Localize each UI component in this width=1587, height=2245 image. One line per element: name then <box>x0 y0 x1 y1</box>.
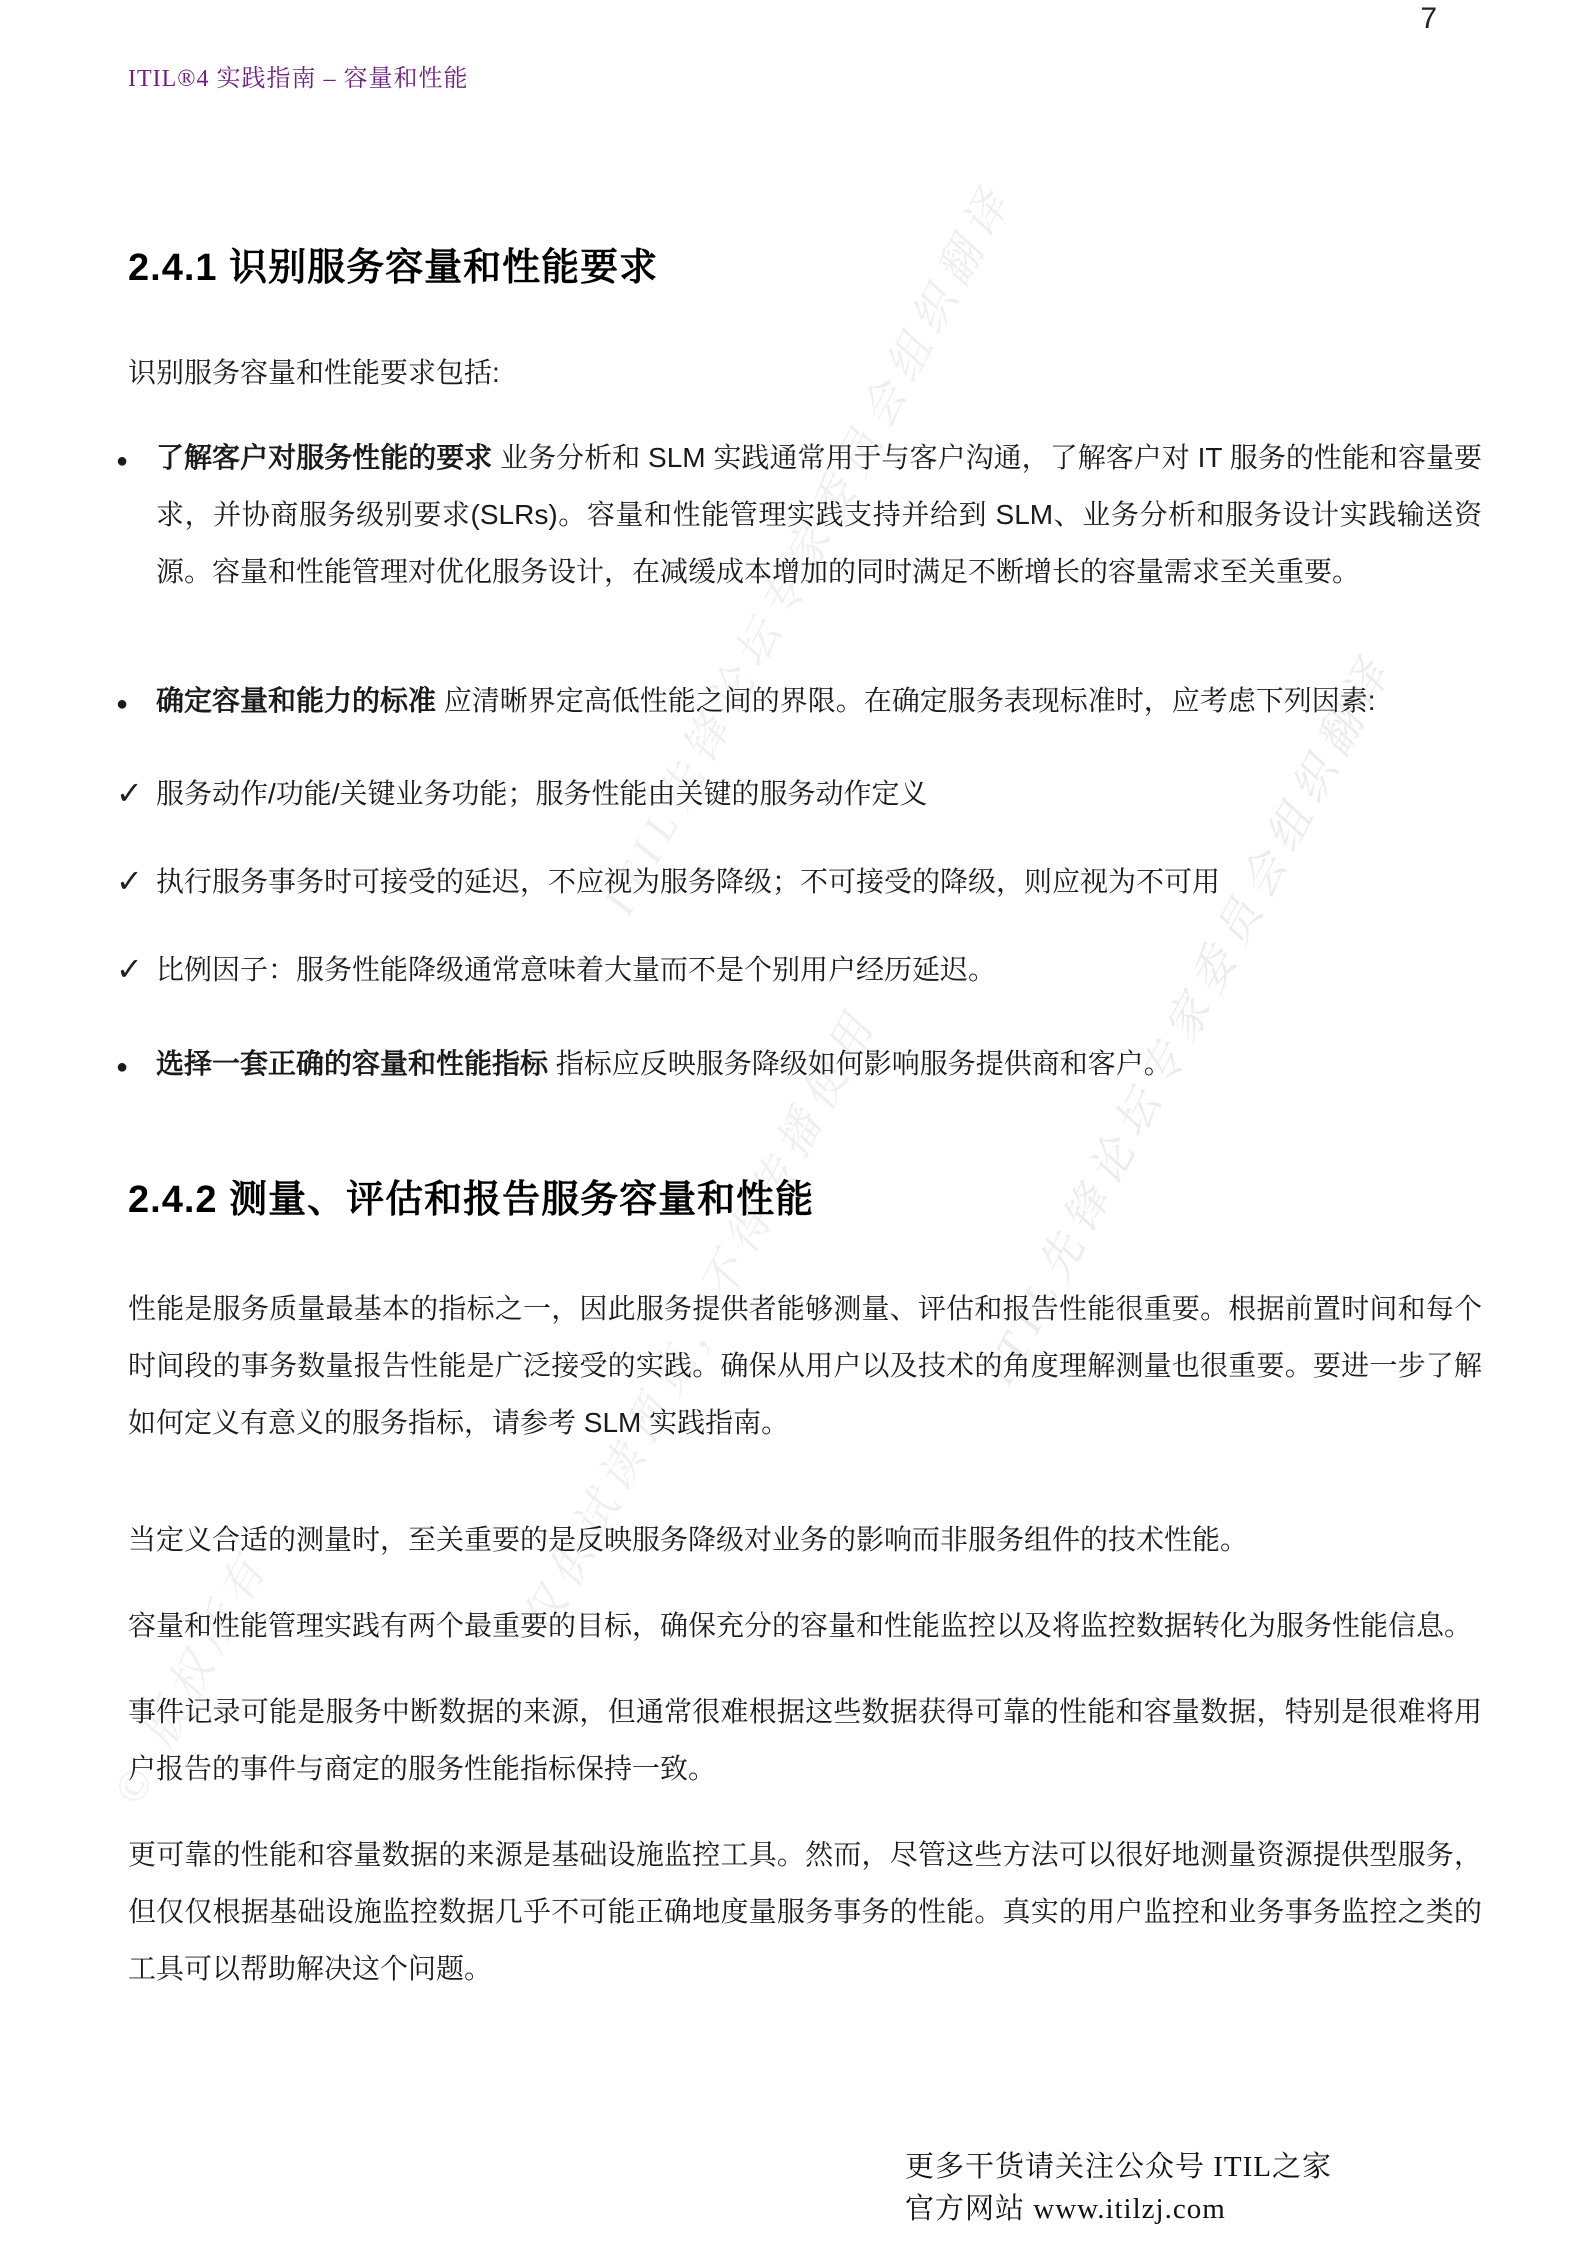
footer: 更多干货请关注公众号 ITIL之家 官方网站 www.itilzj.com <box>905 2146 1332 2230</box>
check-text: 比例因子：服务性能降级通常意味着大量而不是个别用户经历延迟。 <box>156 941 1482 999</box>
checklist-item: ✓ 服务动作/功能/关键业务功能；服务性能由关键的服务动作定义 <box>128 765 1482 823</box>
check-icon: ✓ <box>116 774 143 812</box>
bullet-text: 了解客户对服务性能的要求 业务分析和 SLM 实践通常用于与客户沟通，了解客户对… <box>156 429 1482 600</box>
bullet-icon: ● <box>116 450 128 472</box>
document-page: ITIL先锋论坛专家委员会组织翻译 ITIL先锋论坛专家委员会组织翻译 仅供试读… <box>0 0 1587 2245</box>
check-icon: ✓ <box>116 862 143 900</box>
footer-line-2: 官方网站 www.itilzj.com <box>905 2188 1332 2230</box>
bullet-item: ● 确定容量和能力的标准 应清晰界定高低性能之间的界限。在确定服务表现标准时，应… <box>128 672 1482 733</box>
check-text: 执行服务事务时可接受的延迟，不应视为服务降级；不可接受的降级，则应视为不可用 <box>156 853 1482 911</box>
footer-line-1: 更多干货请关注公众号 ITIL之家 <box>905 2146 1332 2188</box>
bullet-text: 选择一套正确的容量和性能指标 指标应反映服务降级如何影响服务提供商和客户。 <box>156 1035 1482 1096</box>
check-icon: ✓ <box>116 950 143 988</box>
checklist-item: ✓ 执行服务事务时可接受的延迟，不应视为服务降级；不可接受的降级，则应视为不可用 <box>128 853 1482 911</box>
document-header: ITIL®4 实践指南 – 容量和性能 <box>128 64 1482 94</box>
bullet-item: ● 选择一套正确的容量和性能指标 指标应反映服务降级如何影响服务提供商和客户。 <box>128 1035 1482 1096</box>
intro-line: 识别服务容量和性能要求包括: <box>128 344 1482 401</box>
bullet-lead: 选择一套正确的容量和性能指标 <box>156 1048 548 1079</box>
section-heading-2-4-1: 2.4.1 识别服务容量和性能要求 <box>128 244 1482 292</box>
bullet-icon: ● <box>116 693 128 715</box>
paragraph: 当定义合适的测量时，至关重要的是反映服务降级对业务的影响而非服务组件的技术性能。 <box>128 1511 1482 1568</box>
page-content: ITIL®4 实践指南 – 容量和性能 2.4.1 识别服务容量和性能要求 识别… <box>128 0 1482 2025</box>
bullet-item: ● 了解客户对服务性能的要求 业务分析和 SLM 实践通常用于与客户沟通，了解客… <box>128 429 1482 600</box>
bullet-body: 指标应反映服务降级如何影响服务提供商和客户。 <box>556 1048 1172 1079</box>
bullet-lead: 了解客户对服务性能的要求 <box>156 442 492 473</box>
bullet-body: 应清晰界定高低性能之间的界限。在确定服务表现标准时，应考虑下列因素: <box>444 685 1376 716</box>
bullet-text: 确定容量和能力的标准 应清晰界定高低性能之间的界限。在确定服务表现标准时，应考虑… <box>156 672 1482 733</box>
check-text: 服务动作/功能/关键业务功能；服务性能由关键的服务动作定义 <box>156 765 1482 823</box>
paragraph: 更可靠的性能和容量数据的来源是基础设施监控工具。然而，尽管这些方法可以很好地测量… <box>128 1826 1482 1997</box>
checklist-item: ✓ 比例因子：服务性能降级通常意味着大量而不是个别用户经历延迟。 <box>128 941 1482 999</box>
bullet-lead: 确定容量和能力的标准 <box>156 685 436 716</box>
section-heading-2-4-2: 2.4.2 测量、评估和报告服务容量和性能 <box>128 1176 1482 1224</box>
paragraph: 事件记录可能是服务中断数据的来源，但通常很难根据这些数据获得可靠的性能和容量数据… <box>128 1683 1482 1797</box>
bullet-icon: ● <box>116 1056 128 1078</box>
paragraph: 容量和性能管理实践有两个最重要的目标，确保充分的容量和性能监控以及将监控数据转化… <box>128 1597 1482 1654</box>
paragraph: 性能是服务质量最基本的指标之一，因此服务提供者能够测量、评估和报告性能很重要。根… <box>128 1280 1482 1451</box>
